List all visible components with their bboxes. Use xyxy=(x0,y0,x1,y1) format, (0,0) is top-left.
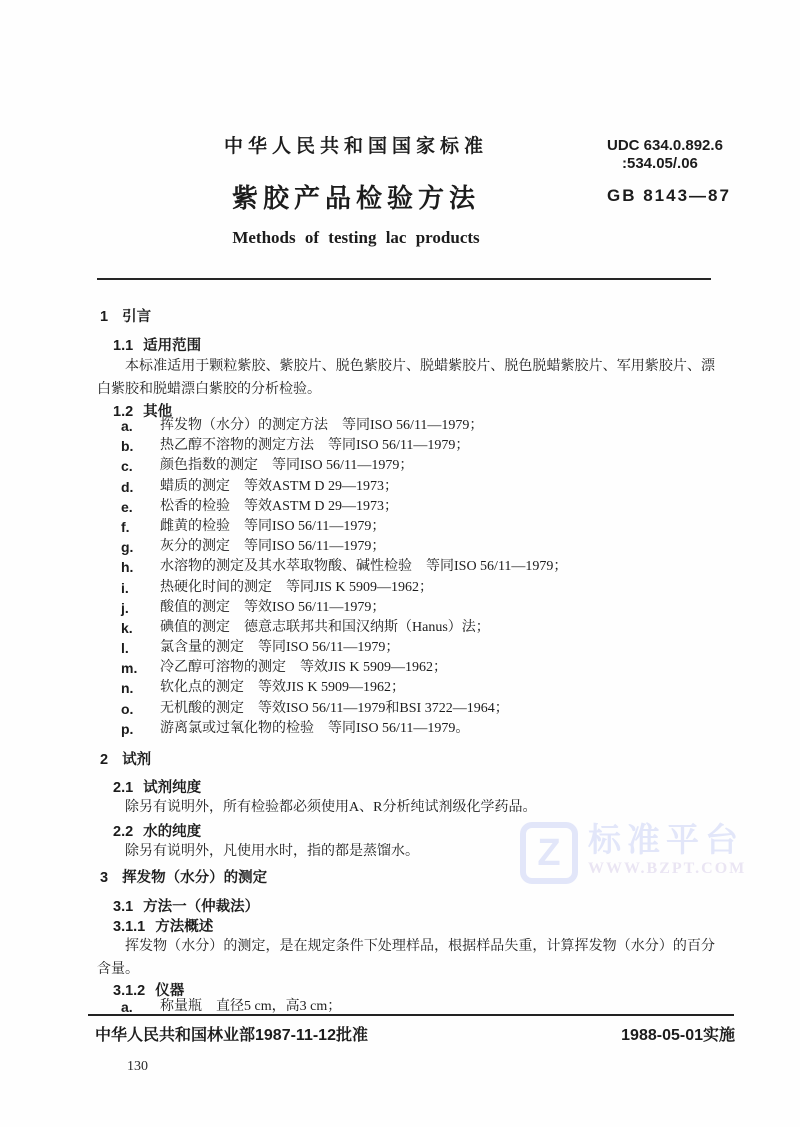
list-item-letter: c. xyxy=(121,456,160,476)
section-number: 3.1.1 xyxy=(113,919,145,935)
section-1-1-heading: 1.1适用范围 xyxy=(113,334,201,355)
list-item-text: 雌黄的检验 等同ISO 56/11—1979； xyxy=(160,517,385,537)
list-item-text: 水溶物的测定及其水萃取物酸、碱性检验 等同ISO 56/11—1979； xyxy=(160,557,567,577)
udc-number-block: UDC 634.0.892.6 :534.05/.06 xyxy=(607,137,723,173)
header-divider-line xyxy=(97,278,711,280)
approval-text: 中华人民共和国林业部1987-11-12批准 xyxy=(95,1022,368,1045)
section-2-1-heading: 2.1试剂纯度 xyxy=(113,776,201,797)
udc-line-1: UDC 634.0.892.6 xyxy=(607,137,723,155)
list-item: c.颜色指数的测定 等同ISO 56/11—1979； xyxy=(121,456,721,476)
udc-line-2: :534.05/.06 xyxy=(622,155,723,173)
list-item-letter: o. xyxy=(121,699,160,719)
list-item: a.挥发物（水分）的测定方法 等同ISO 56/11—1979； xyxy=(121,416,721,436)
list-item: m.冷乙醇可溶物的测定 等效JIS K 5909—1962； xyxy=(121,658,721,678)
section-3-heading: 3挥发物（水分）的测定 xyxy=(100,866,267,887)
section-number: 2.2 xyxy=(113,824,133,840)
list-item-letter: j. xyxy=(121,598,160,618)
method-list: a.挥发物（水分）的测定方法 等同ISO 56/11—1979；b.热乙醇不溶物… xyxy=(121,416,721,739)
reagent-purity-paragraph: 除另有说明外，所有检验都必须使用A、R分析纯试剂级化学药品。 xyxy=(97,797,715,820)
list-item-letter: d. xyxy=(121,477,160,497)
section-title: 方法一（仲裁法） xyxy=(143,899,259,915)
water-purity-paragraph: 除另有说明外，凡使用水时，指的都是蒸馏水。 xyxy=(97,841,715,864)
section-title: 水的纯度 xyxy=(143,824,201,840)
section-number: 2 xyxy=(100,752,108,768)
list-item: n.软化点的测定 等效JIS K 5909—1962； xyxy=(121,678,721,698)
scope-paragraph: 本标准适用于颗粒紫胶、紫胶片、脱色紫胶片、脱蜡紫胶片、脱色脱蜡紫胶片、军用紫胶片… xyxy=(97,356,715,401)
footer-divider-line xyxy=(88,1014,734,1016)
list-item-text: 冷乙醇可溶物的测定 等效JIS K 5909—1962； xyxy=(160,658,447,678)
list-item: b.热乙醇不溶物的测定方法 等同ISO 56/11—1979； xyxy=(121,436,721,456)
list-item-letter: h. xyxy=(121,557,160,577)
section-number: 1.1 xyxy=(113,338,133,354)
section-title: 方法概述 xyxy=(155,919,213,935)
list-item: p.游离氯或过氧化物的检验 等同ISO 56/11—1979。 xyxy=(121,719,721,739)
list-item-text: 热硬化时间的测定 等同JIS K 5909—1962； xyxy=(160,578,433,598)
section-number: 1 xyxy=(100,309,108,325)
list-item-letter: f. xyxy=(121,517,160,537)
standard-title-english: Methods of testing lac products xyxy=(95,228,617,248)
list-item-letter: b. xyxy=(121,436,160,456)
list-item: e.松香的检验 等效ASTM D 29—1973； xyxy=(121,497,721,517)
list-item-text: 松香的检验 等效ASTM D 29—1973； xyxy=(160,497,398,517)
list-item-letter: e. xyxy=(121,497,160,517)
section-title: 适用范围 xyxy=(143,338,201,354)
list-item-letter: n. xyxy=(121,678,160,698)
list-item: f.雌黄的检验 等同ISO 56/11—1979； xyxy=(121,517,721,537)
section-title: 试剂纯度 xyxy=(143,780,201,796)
section-number: 3 xyxy=(100,870,108,886)
footer: 中华人民共和国林业部1987-11-12批准 1988-05-01实施 xyxy=(95,1022,735,1045)
list-item: j.酸值的测定 等效ISO 56/11—1979； xyxy=(121,598,721,618)
standard-code: GB 8143—87 xyxy=(607,186,731,206)
list-item: o.无机酸的测定 等效ISO 56/11—1979和BSI 3722—1964； xyxy=(121,699,721,719)
list-item: d.蜡质的测定 等效ASTM D 29—1973； xyxy=(121,477,721,497)
list-item: l.氯含量的测定 等同ISO 56/11—1979； xyxy=(121,638,721,658)
section-number: 3.1 xyxy=(113,899,133,915)
section-title: 引言 xyxy=(122,309,151,325)
section-2-heading: 2试剂 xyxy=(100,748,151,769)
section-number: 2.1 xyxy=(113,780,133,796)
section-title: 挥发物（水分）的测定 xyxy=(122,870,267,886)
section-title: 试剂 xyxy=(122,752,151,768)
list-item-text: 颜色指数的测定 等同ISO 56/11—1979； xyxy=(160,456,413,476)
list-item-text: 碘值的测定 德意志联邦共和国汉纳斯（Hanus）法； xyxy=(160,618,490,638)
list-item-text: 氯含量的测定 等同ISO 56/11—1979； xyxy=(160,638,399,658)
list-item: h.水溶物的测定及其水萃取物酸、碱性检验 等同ISO 56/11—1979； xyxy=(121,557,721,577)
list-item-letter: a. xyxy=(121,416,160,436)
list-item-letter: l. xyxy=(121,638,160,658)
page-number: 130 xyxy=(127,1059,148,1075)
method-overview-paragraph: 挥发物（水分）的测定，是在规定条件下处理样品，根据样品失重，计算挥发物（水分）的… xyxy=(97,936,715,981)
list-item-text: 游离氯或过氧化物的检验 等同ISO 56/11—1979。 xyxy=(160,719,469,739)
list-item-letter: g. xyxy=(121,537,160,557)
standard-title-chinese: 紫胶产品检验方法 xyxy=(95,178,617,215)
list-item-letter: k. xyxy=(121,618,160,638)
list-item-letter: i. xyxy=(121,578,160,598)
implementation-text: 1988-05-01实施 xyxy=(621,1022,735,1045)
list-item-letter: p. xyxy=(121,719,160,739)
list-item-text: 热乙醇不溶物的测定方法 等同ISO 56/11—1979； xyxy=(160,436,469,456)
list-item-text: 软化点的测定 等效JIS K 5909—1962； xyxy=(160,678,405,698)
section-2-2-heading: 2.2水的纯度 xyxy=(113,820,201,841)
list-item: k.碘值的测定 德意志联邦共和国汉纳斯（Hanus）法； xyxy=(121,618,721,638)
list-item-text: 灰分的测定 等同ISO 56/11—1979； xyxy=(160,537,385,557)
list-item-letter: m. xyxy=(121,658,160,678)
list-item: g.灰分的测定 等同ISO 56/11—1979； xyxy=(121,537,721,557)
list-item-text: 蜡质的测定 等效ASTM D 29—1973； xyxy=(160,477,398,497)
section-3-1-1-heading: 3.1.1方法概述 xyxy=(113,915,213,936)
national-standard-heading: 中华人民共和国国家标准 xyxy=(95,131,617,158)
list-item: i.热硬化时间的测定 等同JIS K 5909—1962； xyxy=(121,578,721,598)
list-item-text: 挥发物（水分）的测定方法 等同ISO 56/11—1979； xyxy=(160,416,483,436)
list-item-text: 酸值的测定 等效ISO 56/11—1979； xyxy=(160,598,385,618)
document-page: 中华人民共和国国家标准 UDC 634.0.892.6 :534.05/.06 … xyxy=(0,0,800,1127)
section-3-1-heading: 3.1方法一（仲裁法） xyxy=(113,895,259,916)
list-item-text: 无机酸的测定 等效ISO 56/11—1979和BSI 3722—1964； xyxy=(160,699,509,719)
section-1-heading: 1引言 xyxy=(100,305,151,326)
